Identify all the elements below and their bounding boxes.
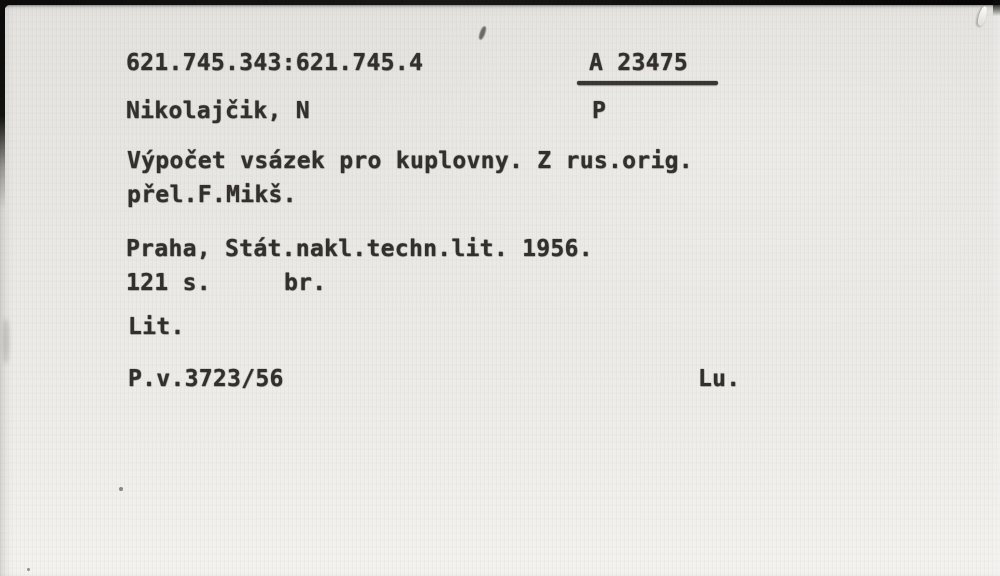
card-corner-curl <box>976 5 988 26</box>
title-line-1: Výpočet vsázek pro kuplovny. Z rus.orig. <box>127 148 693 174</box>
scan-corner-top-left <box>0 0 16 16</box>
ink-speck <box>27 568 30 571</box>
catalog-card: 621.745.343:621.745.4 A 23475 Nikolajčik… <box>0 0 1000 576</box>
author-heading: Nikolajčik, N <box>126 98 310 124</box>
scan-edge-top <box>0 0 1000 5</box>
pagination: 121 s. <box>126 270 211 296</box>
scan-corner-top-right <box>993 0 1000 16</box>
order-number: P.v.3723/56 <box>128 366 284 392</box>
format-letter: P <box>592 98 606 124</box>
scan-edge-left <box>0 0 5 210</box>
classification-number: 621.745.343:621.745.4 <box>126 50 423 76</box>
binding-note: br. <box>284 270 326 296</box>
accession-number: A 23475 <box>589 50 688 76</box>
imprint-line: Praha, Stát.nakl.techn.lit. 1956. <box>126 236 593 262</box>
cataloguer-initials: Lu. <box>698 366 740 392</box>
title-line-2: přel.F.Mikš. <box>127 182 297 208</box>
ink-speck <box>119 487 123 491</box>
accession-underline <box>577 81 718 85</box>
bibliography-note: Lit. <box>128 314 185 340</box>
ink-speck <box>478 26 487 41</box>
scan-smudge <box>3 318 9 364</box>
